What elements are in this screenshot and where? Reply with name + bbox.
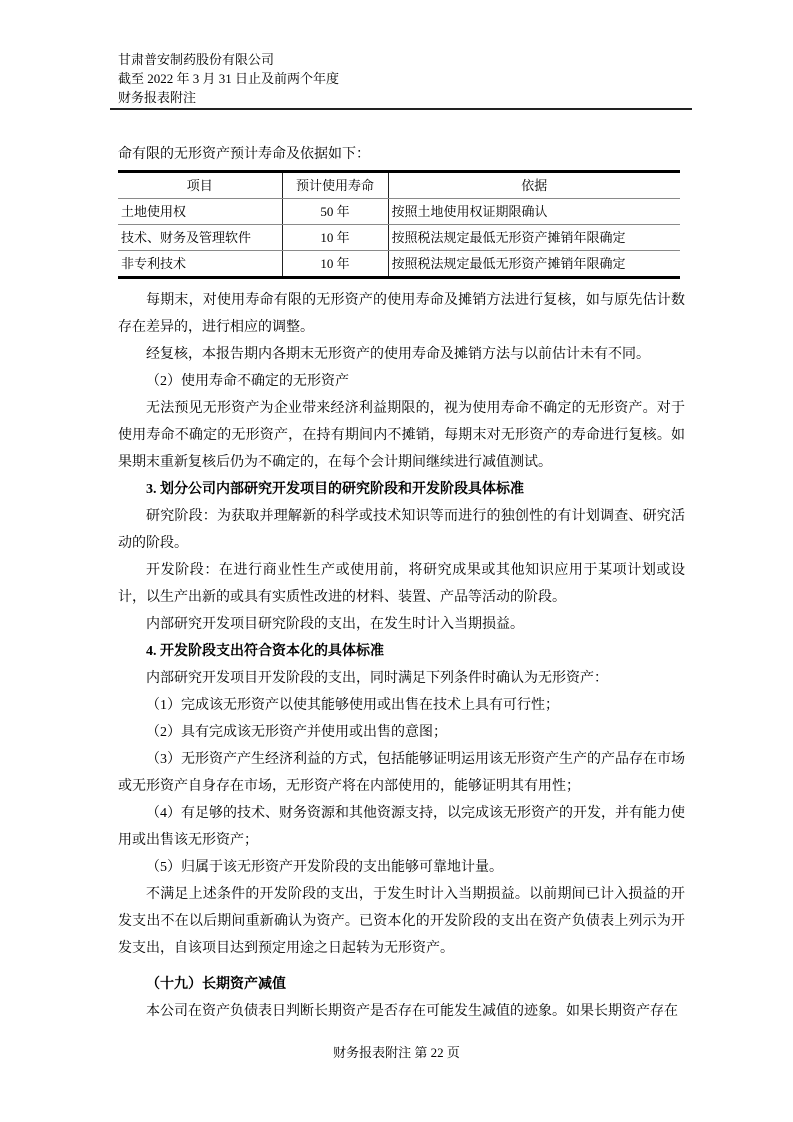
cell-basis: 按照土地使用权证期限确认 xyxy=(388,199,680,225)
column-header-item: 项目 xyxy=(118,172,282,199)
column-header-useful-life: 预计使用寿命 xyxy=(282,172,388,199)
list-item: （4）有足够的技术、财务资源和其他资源支持，以完成该无形资产的开发，并有能力使用… xyxy=(118,800,685,854)
document-page: 甘肃普安制药股份有限公司 截至 2022 年 3 月 31 日止及前两个年度 财… xyxy=(0,0,793,1122)
company-name: 甘肃普安制药股份有限公司 xyxy=(110,50,692,69)
paragraph: （2）使用寿命不确定的无形资产 xyxy=(118,368,685,395)
list-item: （3）无形资产产生经济利益的方式，包括能够证明运用该无形资产生产的产品存在市场或… xyxy=(118,746,685,800)
list-item: （1）完成该无形资产以使其能够使用或出售在技术上具有可行性； xyxy=(118,692,685,719)
cell-useful-life: 10 年 xyxy=(282,225,388,251)
paragraph: 无法预见无形资产为企业带来经济利益期限的，视为使用寿命不确定的无形资产。对于使用… xyxy=(118,395,685,476)
table-header-row: 项目 预计使用寿命 依据 xyxy=(118,172,680,199)
report-period: 截至 2022 年 3 月 31 日止及前两个年度 xyxy=(110,69,692,88)
list-item: （2）具有完成该无形资产并使用或出售的意图； xyxy=(118,719,685,746)
document-title: 财务报表附注 xyxy=(110,88,692,107)
paragraph: 研究阶段：为获取并理解新的科学或技术知识等而进行的独创性的有计划调查、研究活动的… xyxy=(118,503,685,557)
cell-useful-life: 50 年 xyxy=(282,199,388,225)
paragraph: 本公司在资产负债表日判断长期资产是否存在可能发生减值的迹象。如果长期资产存在 xyxy=(118,998,685,1025)
cell-basis: 按照税法规定最低无形资产摊销年限确定 xyxy=(388,225,680,251)
table-row: 非专利技术 10 年 按照税法规定最低无形资产摊销年限确定 xyxy=(118,251,680,278)
cell-item: 非专利技术 xyxy=(118,251,282,278)
cell-basis: 按照税法规定最低无形资产摊销年限确定 xyxy=(388,251,680,278)
document-body: 命有限的无形资产预计寿命及依据如下： 项目 预计使用寿命 依据 土地使用权 50… xyxy=(118,141,685,1025)
page-header: 甘肃普安制药股份有限公司 截至 2022 年 3 月 31 日止及前两个年度 财… xyxy=(110,50,692,110)
cell-useful-life: 10 年 xyxy=(282,251,388,278)
page-footer: 财务报表附注 第 22 页 xyxy=(0,1044,793,1062)
list-item: （5）归属于该无形资产开发阶段的支出能够可靠地计量。 xyxy=(118,854,685,881)
heading-long-term-asset-impairment: （十九）长期资产减值 xyxy=(118,971,685,998)
paragraph: 经复核，本报告期内各期末无形资产的使用寿命及摊销方法与以前估计未有不同。 xyxy=(118,341,685,368)
heading-research-dev-stage-criteria: 3. 划分公司内部研究开发项目的研究阶段和开发阶段具体标准 xyxy=(118,476,685,503)
paragraph: 内部研究开发项目研究阶段的支出，在发生时计入当期损益。 xyxy=(118,611,685,638)
page-number-label: 财务报表附注 第 22 页 xyxy=(333,1045,460,1060)
table-row: 技术、财务及管理软件 10 年 按照税法规定最低无形资产摊销年限确定 xyxy=(118,225,680,251)
table-row: 土地使用权 50 年 按照土地使用权证期限确认 xyxy=(118,199,680,225)
paragraph: 不满足上述条件的开发阶段的支出，于发生时计入当期损益。以前期间已计入损益的开发支… xyxy=(118,881,685,962)
intangible-assets-life-table: 项目 预计使用寿命 依据 土地使用权 50 年 按照土地使用权证期限确认 技术、… xyxy=(118,170,680,279)
cell-item: 土地使用权 xyxy=(118,199,282,225)
paragraph: 每期末，对使用寿命有限的无形资产的使用寿命及摊销方法进行复核，如与原先估计数存在… xyxy=(118,287,685,341)
paragraph: 开发阶段：在进行商业性生产或使用前，将研究成果或其他知识应用于某项计划或设计，以… xyxy=(118,557,685,611)
intro-paragraph: 命有限的无形资产预计寿命及依据如下： xyxy=(118,141,685,168)
column-header-basis: 依据 xyxy=(388,172,680,199)
heading-capitalization-criteria: 4. 开发阶段支出符合资本化的具体标准 xyxy=(118,638,685,665)
paragraph: 内部研究开发项目开发阶段的支出，同时满足下列条件时确认为无形资产： xyxy=(118,665,685,692)
cell-item: 技术、财务及管理软件 xyxy=(118,225,282,251)
